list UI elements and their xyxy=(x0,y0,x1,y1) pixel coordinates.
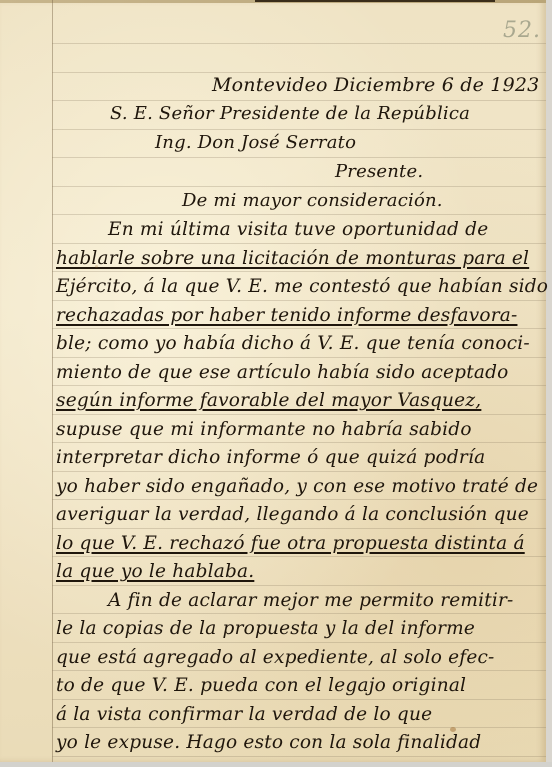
ruled-line xyxy=(52,100,546,101)
ruled-line xyxy=(52,129,546,130)
salutation: De mi mayor consideración. xyxy=(182,190,443,211)
ruled-line xyxy=(52,328,546,329)
addressee-line-3: Presente. xyxy=(335,161,423,182)
letter-line: yo haber sido engañado, y con ese motivo… xyxy=(56,476,538,497)
letter-line: En mi última visita tuve oportunidad de xyxy=(108,219,488,240)
letter-line: miento de que ese artículo había sido ac… xyxy=(56,362,508,383)
letter-line: to de que V. E. pueda con el legajo orig… xyxy=(56,675,466,696)
ruled-line xyxy=(52,528,546,529)
letter-line: interpretar dicho informe ó que quizá po… xyxy=(56,447,485,468)
letter-line: averiguar la verdad, llegando á la concl… xyxy=(56,504,529,525)
letter-line: á la vista confirmar la verdad de lo que xyxy=(56,704,432,725)
letter-line: supuse que mi informante no habría sabid… xyxy=(56,419,472,440)
ruled-line xyxy=(52,157,546,158)
ruled-line xyxy=(52,670,546,671)
ruled-line xyxy=(52,699,546,700)
ruled-line xyxy=(52,385,546,386)
ruled-line xyxy=(52,414,546,415)
addressee-line-2: Ing. Don José Serrato xyxy=(155,132,356,153)
manuscript-page: 52. Montevideo Diciembre 6 de 1923 S. E.… xyxy=(0,0,546,762)
scan-background xyxy=(0,762,552,767)
paper-spot xyxy=(95,265,98,268)
ink-stain xyxy=(450,727,456,732)
letter-line: rechazadas por haber tenido informe desf… xyxy=(56,305,517,326)
folio-number: 52. xyxy=(503,18,541,43)
letter-line: la que yo le hablaba. xyxy=(56,561,254,582)
ruled-line xyxy=(52,613,546,614)
ruled-line xyxy=(52,214,546,215)
ruled-line xyxy=(52,243,546,244)
ruled-line xyxy=(52,72,546,73)
ruled-line xyxy=(52,556,546,557)
letter-line: Ejército, á la que V. E. me contestó que… xyxy=(56,276,548,297)
ruled-line xyxy=(52,756,546,757)
letter-line: ble; como yo había dicho á V. E. que ten… xyxy=(56,333,530,354)
ruled-line xyxy=(52,186,546,187)
margin-line xyxy=(52,0,53,762)
ruled-line xyxy=(52,585,546,586)
ruled-line xyxy=(52,357,546,358)
letter-line: que está agregado al expediente, al solo… xyxy=(56,647,495,668)
letter-line: le la copias de la propuesta y la del in… xyxy=(56,618,475,639)
ruled-line xyxy=(52,471,546,472)
addressee-line-1: S. E. Señor Presidente de la República xyxy=(110,103,470,124)
letter-line: yo le expuse. Hago esto con la sola fina… xyxy=(56,732,481,753)
ruled-line xyxy=(52,271,546,272)
letter-line: A fin de aclarar mejor me permito remiti… xyxy=(108,590,514,611)
letter-line: según informe favorable del mayor Vasque… xyxy=(56,390,481,411)
ruled-line xyxy=(52,442,546,443)
place-date: Montevideo Diciembre 6 de 1923 xyxy=(212,74,539,96)
ruled-line xyxy=(52,300,546,301)
ruled-line xyxy=(52,642,546,643)
ruled-line xyxy=(52,727,546,728)
letter-line: lo que V. E. rechazó fue otra propuesta … xyxy=(56,533,525,554)
page-top-dark-rule xyxy=(255,0,495,2)
ruled-line xyxy=(52,43,546,44)
letter-line: hablarle sobre una licitación de montura… xyxy=(56,248,529,269)
ruled-line xyxy=(52,499,546,500)
